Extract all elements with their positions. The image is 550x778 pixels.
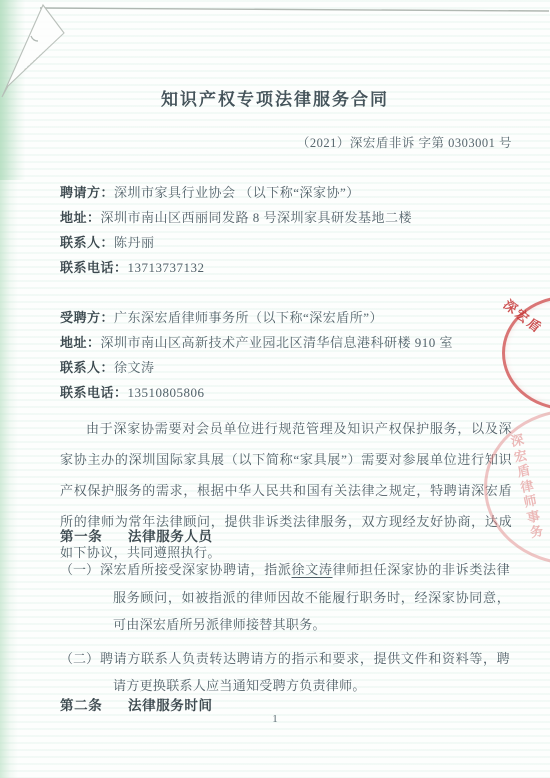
party-a-phone-label: 联系电话： — [60, 260, 128, 275]
party-a-address-label: 地址： — [60, 210, 101, 225]
party-b-contact-label: 联系人： — [60, 360, 114, 375]
party-a-name-label: 聘请方： — [60, 185, 114, 200]
party-b-address-line: 地址：深圳市南山区高新技术产业园北区清华信息港科研楼 910 室 — [60, 330, 512, 355]
red-seal-lower-text: 深宏盾律师事务 — [507, 431, 547, 541]
party-a-address-value: 深圳市南山区西丽同发路 8 号深圳家具研发基地二楼 — [101, 210, 413, 225]
section-1-heading: 第一条法律服务人员 — [60, 527, 512, 547]
party-b-name-label: 受聘方： — [60, 310, 114, 325]
party-a-block: 聘请方：深圳市家具行业协会 （以下称“深家协”） 地址：深圳市南山区西丽同发路 … — [60, 180, 512, 280]
party-a-phone-value: 13713737132 — [128, 260, 205, 275]
page-number: 1 — [0, 713, 550, 725]
list-item: （二） 聘请方联系人负责转达聘请方的指示和要求，提供文件和资料等，聘请方更换联系… — [60, 645, 510, 700]
section-1-title: 法律服务人员 — [128, 529, 213, 544]
party-b-contact-value: 徐文涛 — [114, 360, 155, 375]
party-a-contact-line: 联系人：陈丹丽 — [60, 230, 512, 255]
party-a-phone-line: 联系电话：13713737132 — [60, 255, 512, 280]
party-b-address-label: 地址： — [60, 335, 101, 350]
section-1-number: 第一条 — [60, 527, 128, 547]
item-1-marker: （一） — [60, 556, 100, 639]
contract-number: （2021）深宏盾非诉 字第 0303001 号 — [0, 133, 512, 151]
party-a-address-line: 地址：深圳市南山区西丽同发路 8 号深圳家具研发基地二楼 — [60, 205, 512, 230]
list-item: （一） 深宏盾所接受深家协聘请，指派徐文涛律师担任深家协的非诉类法律服务顾问，如… — [60, 556, 510, 639]
scanned-contract-page: 知识产权专项法律服务合同 （2021）深宏盾非诉 字第 0303001 号 聘请… — [0, 0, 550, 778]
assigned-lawyer-name: 徐文涛 — [292, 562, 333, 577]
party-b-name-value: 广东深宏盾律师事务所（以下称“深宏盾所”） — [114, 310, 383, 325]
item-1-text-before: 深宏盾所接受深家协聘请，指派 — [100, 562, 292, 577]
party-a-name-value: 深圳市家具行业协会 （以下称“深家协”） — [114, 185, 360, 200]
party-b-phone-value: 13510805806 — [128, 385, 205, 400]
section-1-items: （一） 深宏盾所接受深家协聘请，指派徐文涛律师担任深家协的非诉类法律服务顾问，如… — [60, 556, 510, 706]
party-a-name-line: 聘请方：深圳市家具行业协会 （以下称“深家协”） — [60, 180, 512, 205]
scanner-edge-shadow — [0, 0, 18, 778]
party-a-contact-label: 联系人： — [60, 235, 114, 250]
item-2-text: 聘请方联系人负责转达聘请方的指示和要求，提供文件和资料等，聘请方更换联系人应当通… — [100, 645, 510, 700]
contract-title: 知识产权专项法律服务合同 — [0, 85, 550, 110]
party-b-block: 受聘方：广东深宏盾律师事务所（以下称“深宏盾所”） 地址：深圳市南山区高新技术产… — [60, 305, 512, 405]
party-b-phone-line: 联系电话：13510805806 — [60, 380, 512, 405]
section-2-title: 法律服务时间 — [128, 698, 213, 713]
party-a-contact-value: 陈丹丽 — [114, 235, 155, 250]
item-2-marker: （二） — [60, 645, 100, 700]
party-b-contact-line: 联系人：徐文涛 — [60, 355, 512, 380]
item-1-text: 深宏盾所接受深家协聘请，指派徐文涛律师担任深家协的非诉类法律服务顾问，如被指派的… — [100, 556, 510, 639]
party-b-name-line: 受聘方：广东深宏盾律师事务所（以下称“深宏盾所”） — [60, 305, 512, 330]
party-b-phone-label: 联系电话： — [60, 385, 128, 400]
party-b-address-value: 深圳市南山区高新技术产业园北区清华信息港科研楼 910 室 — [101, 335, 454, 350]
